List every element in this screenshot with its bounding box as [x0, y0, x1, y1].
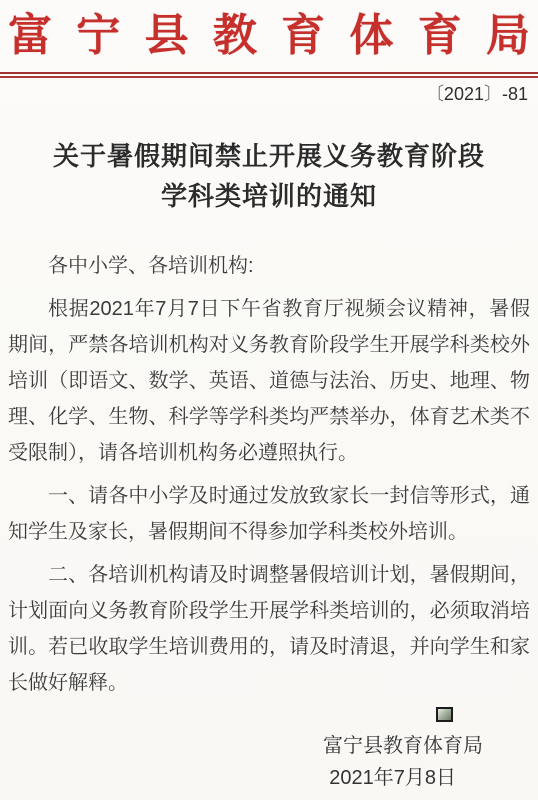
letterhead: 富宁县教育体育局 [0, 0, 538, 64]
agency-masthead-title: 富宁县教育体育局 [8, 8, 530, 64]
image-thumbnail-icon [436, 707, 453, 722]
salutation: 各中小学、各培训机构: [8, 248, 530, 284]
document-number: 〔2021〕-81 [0, 82, 538, 106]
body-paragraph: 二、各培训机构请及时调整暑假培训计划，暑假期间，计划面向义务教育阶段学生开展学科… [8, 557, 530, 701]
notice-document: 富宁县教育体育局 〔2021〕-81 关于暑假期间禁止开展义务教育阶段 学科类培… [0, 0, 538, 800]
body-paragraph: 根据2021年7月7日下午省教育厅视频会议精神，暑假期间，严禁各培训机构对义务教… [8, 291, 530, 471]
notice-title: 关于暑假期间禁止开展义务教育阶段 学科类培训的通知 [0, 136, 538, 216]
body-paragraph: 一、请各中小学及时通过发放致家长一封信等形式，通知学生及家长，暑假期间不得参加学… [8, 478, 530, 550]
signature-block: 富宁县教育体育局 2021年7月8日 [0, 707, 538, 792]
notice-body: 各中小学、各培训机构: 根据2021年7月7日下午省教育厅视频会议精神，暑假期间… [0, 248, 538, 701]
signature-date: 2021年7月8日 [0, 764, 538, 792]
image-thumbnail-inner [438, 709, 451, 720]
signature-agency: 富宁县教育体育局 [0, 732, 538, 760]
letterhead-rule-divider [0, 72, 538, 78]
